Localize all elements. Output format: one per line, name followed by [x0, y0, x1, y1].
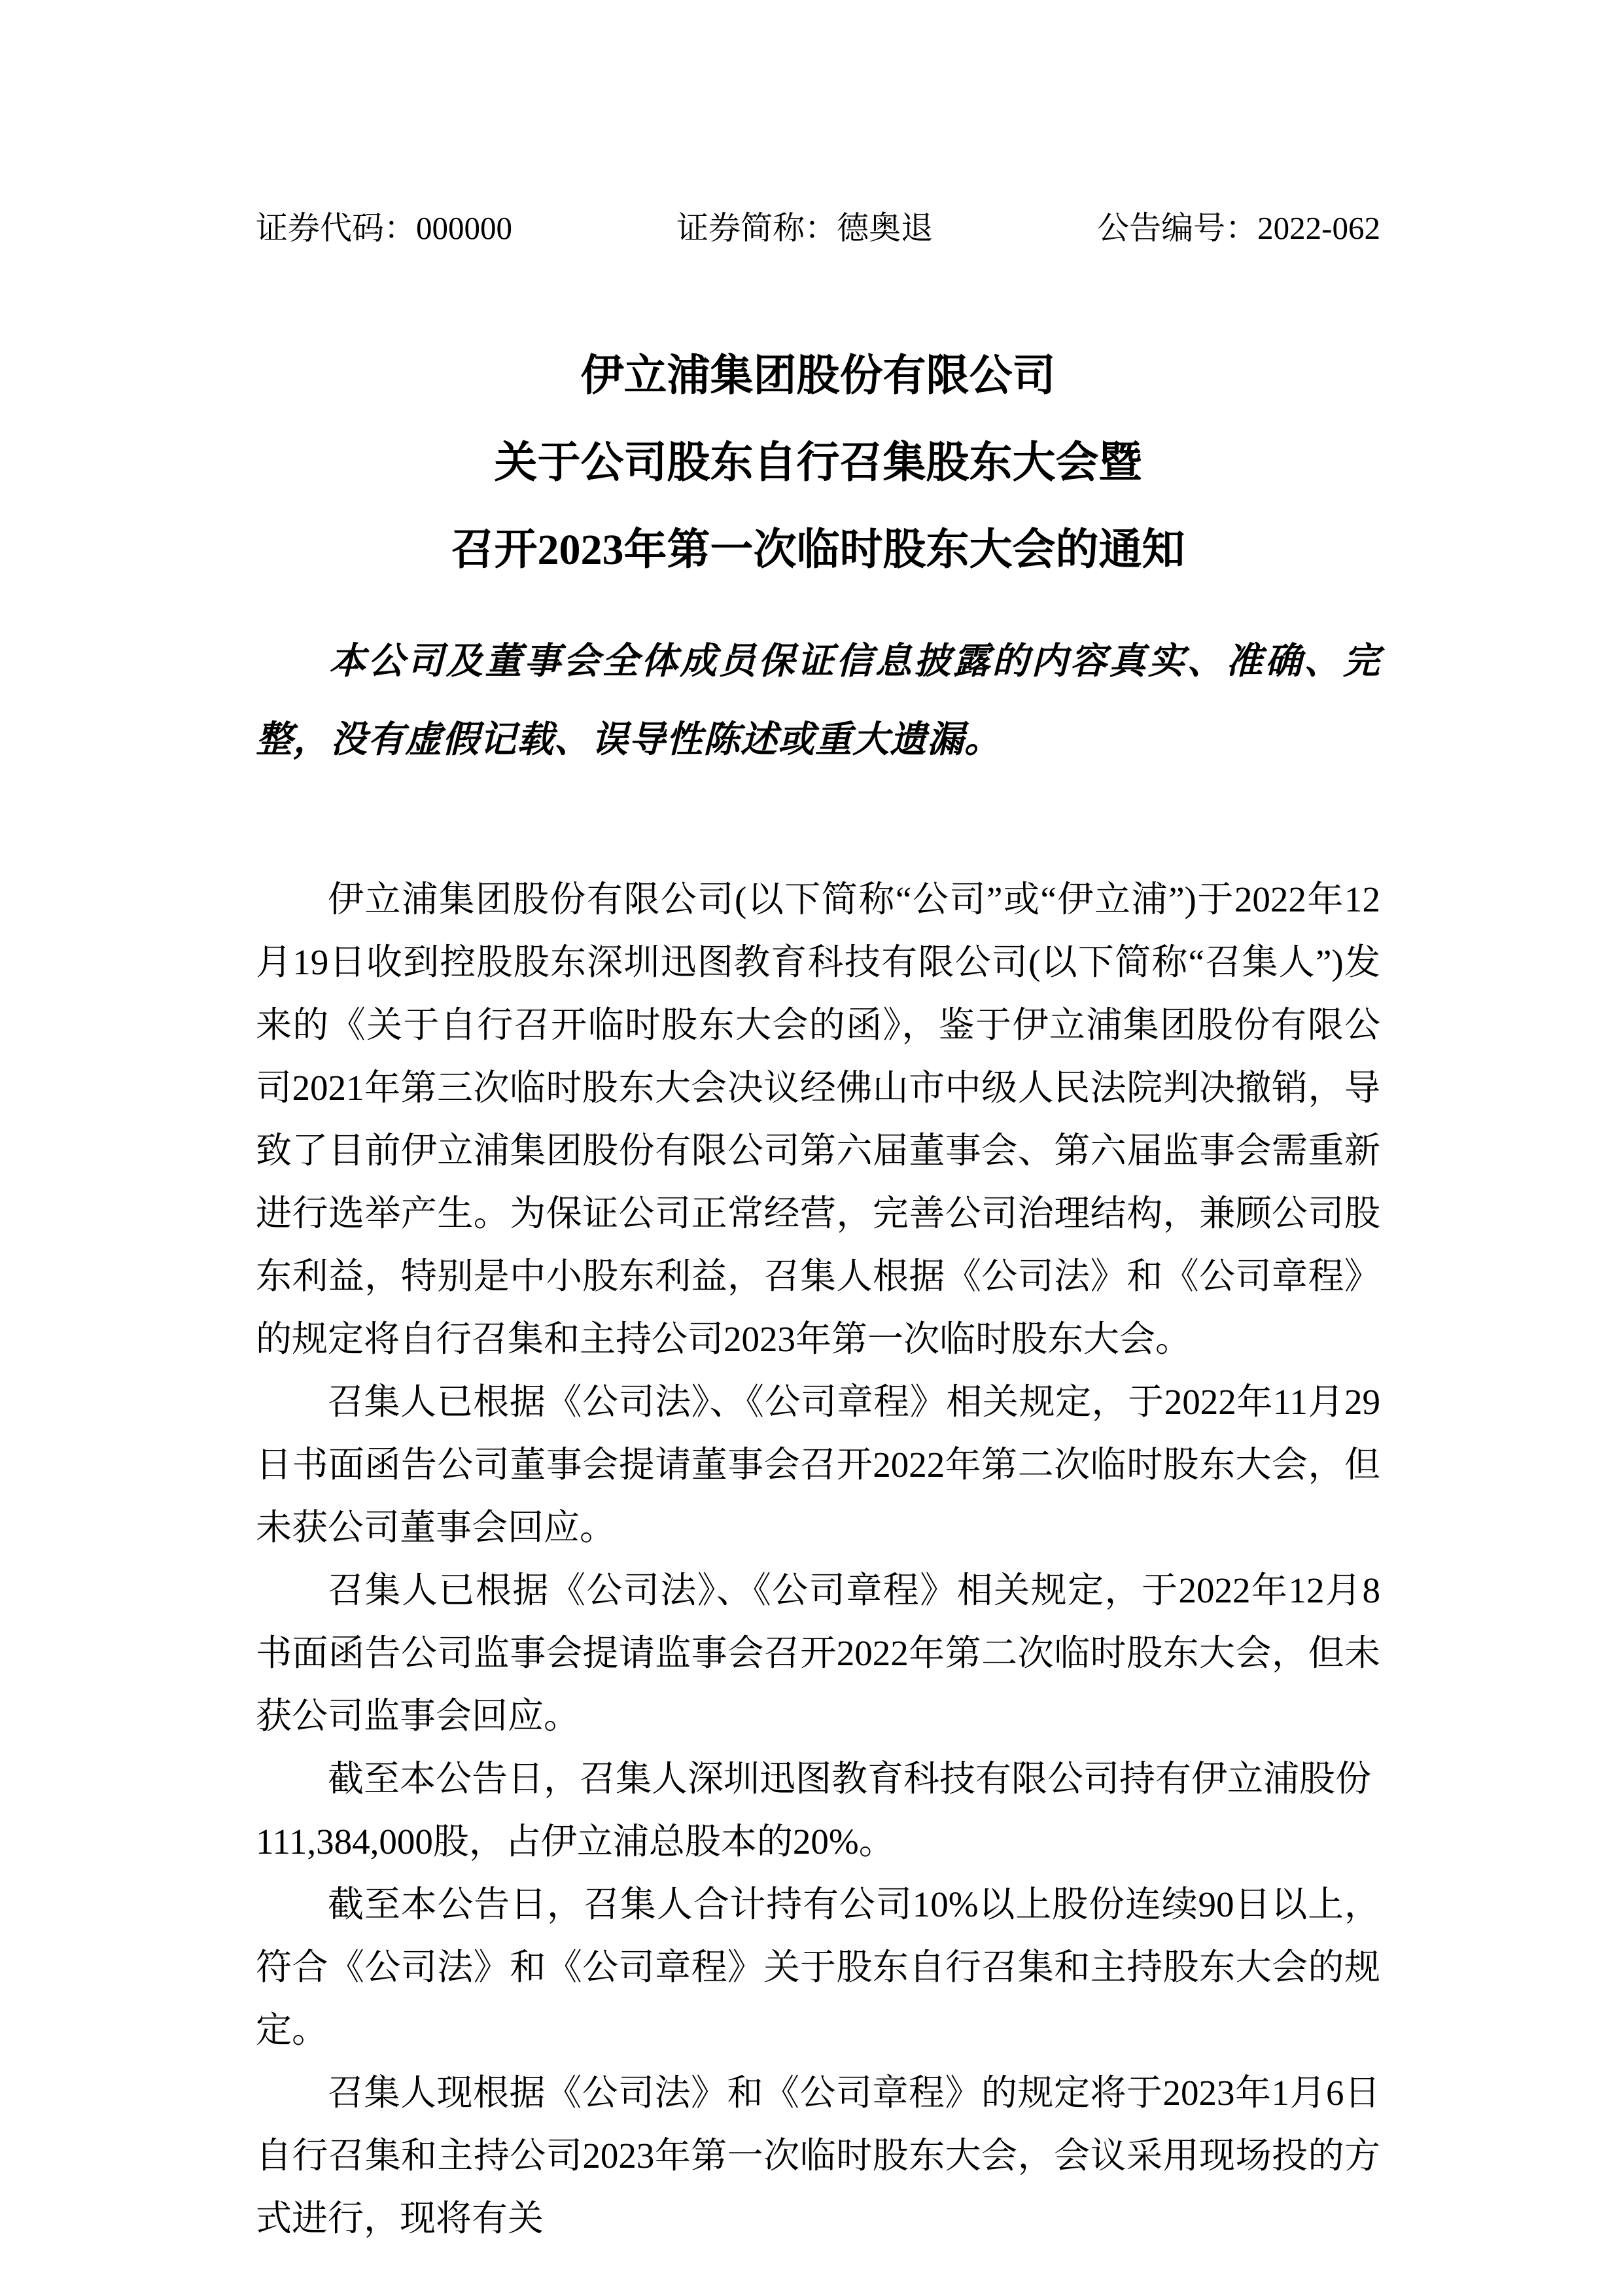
document-title-line-2: 关于公司股东自行召集股东大会暨 [256, 419, 1380, 506]
disclaimer-text: 本公司及董事会全体成员保证信息披露的内容真实、准确、完整，没有虚假记载、误导性陈… [256, 622, 1380, 779]
body-paragraph-4: 截至本公告日，召集人深圳迅图教育科技有限公司持有伊立浦股份 111,384,00… [256, 1748, 1380, 1873]
document-title-line-1: 伊立浦集团股份有限公司 [256, 332, 1380, 419]
document-header: 证券代码：000000 证券简称：德奥退 公告编号：2022-062 [256, 208, 1380, 249]
announcement-number-label: 公告编号：2022-062 [1097, 208, 1380, 249]
document-body: 伊立浦集团股份有限公司(以下简称“公司”或“伊立浦”)于2022年12月19日收… [256, 868, 1380, 2250]
body-paragraph-5: 截至本公告日，召集人合计持有公司10%以上股份连续90日以上，符合《公司法》和《… [256, 1873, 1380, 2062]
body-paragraph-1: 伊立浦集团股份有限公司(以下简称“公司”或“伊立浦”)于2022年12月19日收… [256, 868, 1380, 1371]
stock-code-label: 证券代码：000000 [256, 208, 512, 249]
document-title: 伊立浦集团股份有限公司 关于公司股东自行召集股东大会暨 召开2023年第一次临时… [256, 332, 1380, 593]
announcement-page: 证券代码：000000 证券简称：德奥退 公告编号：2022-062 伊立浦集团… [0, 0, 1623, 2296]
document-title-line-3: 召开2023年第一次临时股东大会的通知 [256, 506, 1380, 593]
body-paragraph-6: 召集人现根据《公司法》和《公司章程》的规定将于2023年1月6日自行召集和主持公… [256, 2062, 1380, 2250]
stock-abbr-label: 证券简称：德奥退 [676, 208, 933, 249]
body-paragraph-2: 召集人已根据《公司法》、《公司章程》相关规定，于2022年11月29日书面函告公… [256, 1371, 1380, 1559]
body-paragraph-3: 召集人已根据《公司法》、《公司章程》相关规定，于2022年12月8书面函告公司监… [256, 1559, 1380, 1748]
